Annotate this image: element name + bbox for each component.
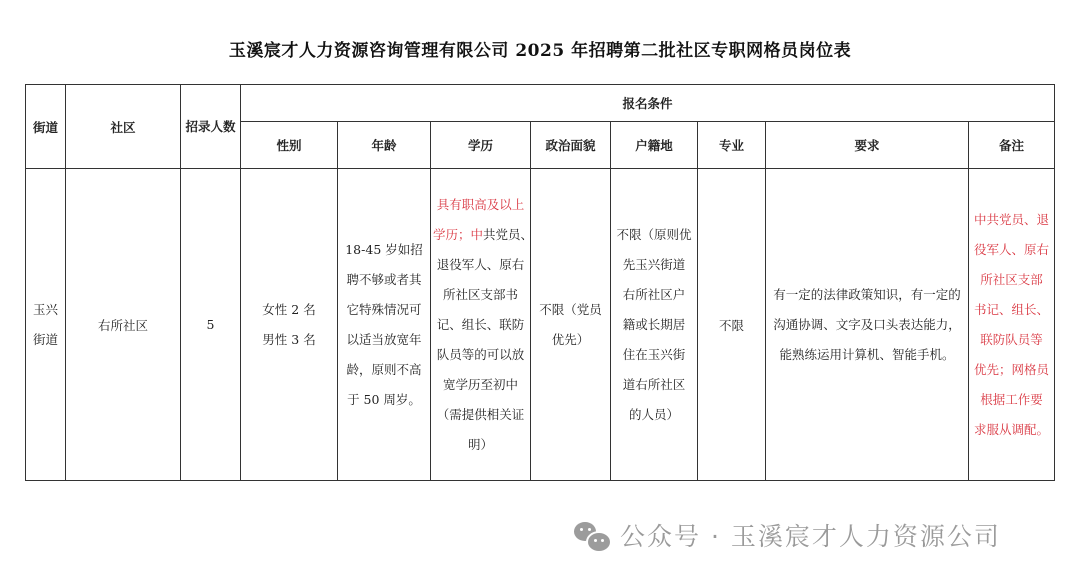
wechat-icon [572,520,610,550]
header-major: 专业 [698,122,766,169]
header-age: 年龄 [338,122,431,169]
cell-age: 18-45 岁如招 聘不够或者其 它特殊情况可 以适当放宽年 龄，原则不高 于 … [338,169,431,481]
cell-community: 右所社区 [66,169,181,481]
watermark-text: 公众号 · 玉溪宸才人力资源公司 [620,517,1001,553]
header-street: 街道 [26,85,66,169]
header-requirements: 要求 [766,122,969,169]
header-political-status: 政治面貌 [531,122,611,169]
cell-gender: 女性 2 名 男性 3 名 [241,169,338,481]
cell-remarks: 中共党员、退 役军人、原右 所社区支部 书记、组长、 联防队员等 优先；网格员 … [969,169,1055,481]
header-remarks: 备注 [969,122,1055,169]
header-row-1: 街道 社区 招录人数 报名条件 [26,85,1055,122]
header-household: 户籍地 [611,122,698,169]
header-recruit-count: 招录人数 [181,85,241,169]
cell-street: 玉兴 街道 [26,169,66,481]
header-community: 社区 [66,85,181,169]
cell-major: 不限 [698,169,766,481]
cell-requirements: 有一定的法律政策知识，有一定的 沟通协调、文字及口头表达能力， 能熟练运用计算机… [766,169,969,481]
job-positions-table: 街道 社区 招录人数 报名条件 性别 年龄 学历 政治面貌 户籍地 专业 要求 … [25,84,1055,481]
cell-education: 具有职高及以上 学历；中共党员、 退役军人、原右 所社区支部书 记、组长、联防 … [431,169,531,481]
watermark: 公众号 · 玉溪宸才人力资源公司 [572,517,1001,553]
cell-political-status: 不限（党员 优先） [531,169,611,481]
header-conditions-group: 报名条件 [241,85,1055,122]
page-title: 玉溪宸才人力资源咨询管理有限公司 2025 年招聘第二批社区专职网格员岗位表 [0,36,1080,61]
header-education: 学历 [431,122,531,169]
cell-recruit-count: 5 [181,169,241,481]
header-recruit-count-text: 招录人数 [185,119,235,134]
header-gender: 性别 [241,122,338,169]
cell-household: 不限（原则优 先玉兴街道 右所社区户 籍或长期居 住在玉兴街 道右所社区 的人员… [611,169,698,481]
table-row: 玉兴 街道 右所社区 5 女性 2 名 男性 3 名 18-45 岁如招 聘不够… [26,169,1055,481]
education-highlight: 具有职高及以上 [433,190,528,220]
